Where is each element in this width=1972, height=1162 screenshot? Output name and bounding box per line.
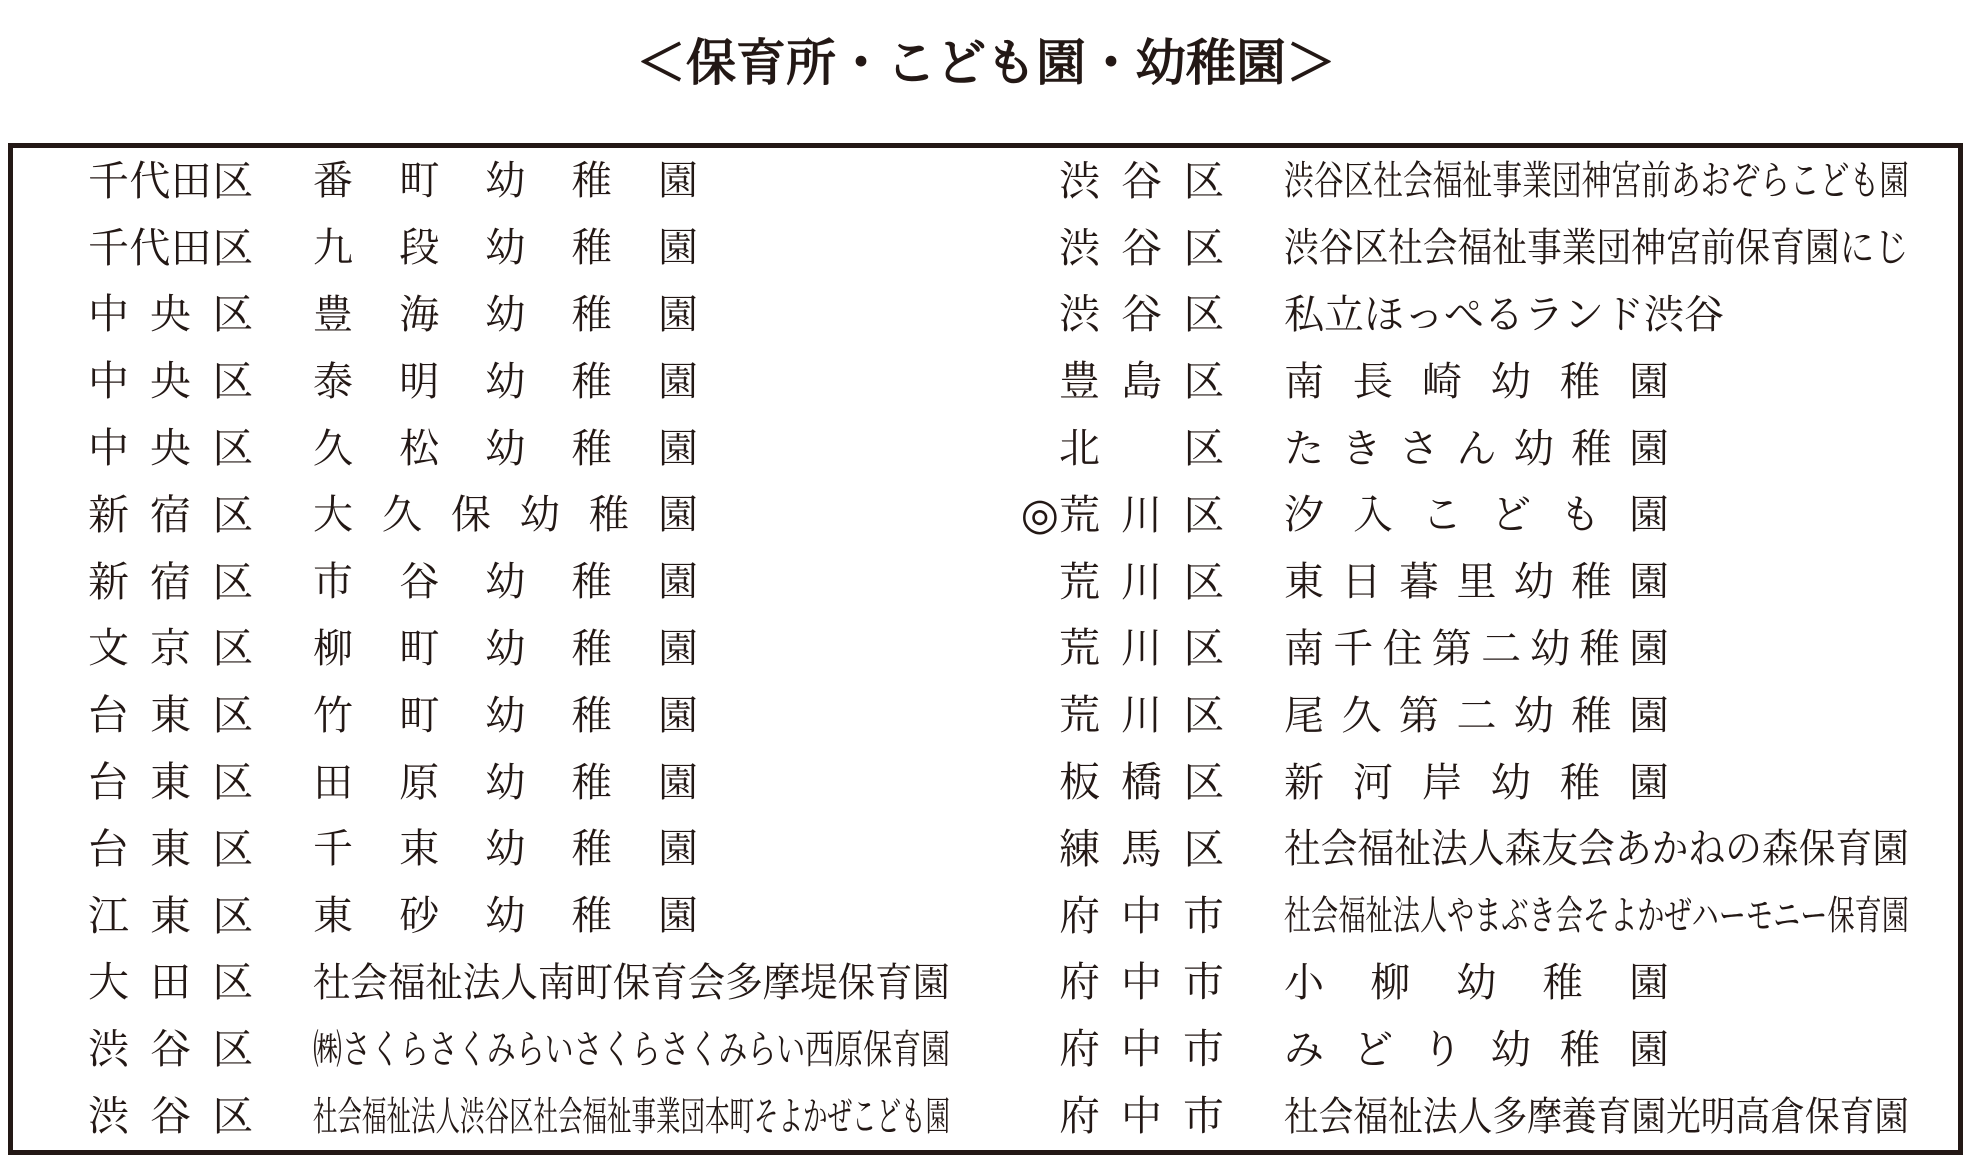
district-cell: 中央区 xyxy=(88,292,253,337)
facility-row: 新宿区大久保幼稚園 xyxy=(13,482,984,549)
facility-row: 渋谷区社会福祉法人渋谷区社会福祉事業団本町そよかぜこども園 xyxy=(13,1083,984,1150)
facility-name-cell: 私立ほっぺるランド渋谷 xyxy=(1284,293,1724,337)
district-cell: 中央区 xyxy=(88,359,253,404)
designation-marker: ◎ xyxy=(984,493,1059,537)
facility-name-cell: 番町幼稚園 xyxy=(313,159,698,203)
facility-name-cell: 社会福祉法人南町保育会多摩堤保育園 xyxy=(313,961,950,1005)
document-page: ＜保育所・こども園・幼稚園＞ 千代田区番町幼稚園 千代田区九段幼稚園 中央区豊海… xyxy=(0,0,1972,1162)
facility-row: 北区たきさん幼稚園 xyxy=(984,415,1972,482)
district-cell: 府中市 xyxy=(1059,1027,1224,1072)
facility-row: ◎荒川区汐入こども園 xyxy=(984,482,1972,549)
facility-row: 新宿区市谷幼稚園 xyxy=(13,549,984,616)
facility-row: 千代田区番町幼稚園 xyxy=(13,148,984,215)
district-cell: 新宿区 xyxy=(88,560,253,605)
district-cell: 豊島区 xyxy=(1059,359,1224,404)
facility-row: 千代田区九段幼稚園 xyxy=(13,215,984,282)
facility-row: 渋谷区㈱さくらさくみらいさくらさくみらい西原保育園 xyxy=(13,1016,984,1083)
district-cell: 千代田区 xyxy=(88,159,253,204)
district-cell: 大田区 xyxy=(88,960,253,1005)
facility-row: 板橋区新河岸幼稚園 xyxy=(984,749,1972,816)
facility-name-cell: 東砂幼稚園 xyxy=(313,894,698,938)
facility-name-cell: 泰明幼稚園 xyxy=(313,360,698,404)
facility-row: 江東区東砂幼稚園 xyxy=(13,883,984,950)
district-cell: 府中市 xyxy=(1059,894,1224,939)
facility-name-cell: 小柳幼稚園 xyxy=(1284,961,1669,1005)
district-cell: 文京区 xyxy=(88,626,253,671)
facility-row: 荒川区尾久第二幼稚園 xyxy=(984,682,1972,749)
facility-name-cell: 竹町幼稚園 xyxy=(313,694,698,738)
facility-name-cell: 新河岸幼稚園 xyxy=(1284,761,1669,805)
district-cell: 府中市 xyxy=(1059,1094,1224,1139)
facility-row: 文京区柳町幼稚園 xyxy=(13,616,984,683)
facility-name-cell: 社会福祉法人やまぶき会そよかぜハーモニー保育園 xyxy=(1284,894,1909,938)
district-cell: 台東区 xyxy=(88,760,253,805)
district-cell: 荒川区 xyxy=(1059,560,1224,605)
facility-row: 豊島区南長崎幼稚園 xyxy=(984,348,1972,415)
facility-name-cell: 尾久第二幼稚園 xyxy=(1284,694,1669,738)
district-cell: 渋谷区 xyxy=(88,1027,253,1072)
facility-row: 渋谷区渋谷区社会福祉事業団神宮前保育園にじ xyxy=(984,215,1972,282)
facility-name-cell: 大久保幼稚園 xyxy=(313,493,698,537)
district-cell: 江東区 xyxy=(88,894,253,939)
facility-name-cell: 豊海幼稚園 xyxy=(313,293,698,337)
district-cell: 渋谷区 xyxy=(1059,226,1224,271)
facility-row: 府中市社会福祉法人多摩養育園光明高倉保育園 xyxy=(984,1083,1972,1150)
district-cell: 渋谷区 xyxy=(1059,159,1224,204)
facility-row: 府中市社会福祉法人やまぶき会そよかぜハーモニー保育園 xyxy=(984,883,1972,950)
facility-name-cell: たきさん幼稚園 xyxy=(1284,427,1669,471)
facility-name-cell: 市谷幼稚園 xyxy=(313,560,698,604)
district-cell: 府中市 xyxy=(1059,960,1224,1005)
facility-name-cell: 社会福祉法人森友会あかねの森保育園 xyxy=(1284,827,1909,871)
facility-name-cell: 社会福祉法人渋谷区社会福祉事業団本町そよかぜこども園 xyxy=(313,1095,950,1139)
facility-name-cell: 久松幼稚園 xyxy=(313,427,698,471)
district-cell: 荒川区 xyxy=(1059,693,1224,738)
facility-name-cell: 汐入こども園 xyxy=(1284,493,1669,537)
facility-name-cell: みどり幼稚園 xyxy=(1284,1028,1669,1072)
facility-name-cell: ㈱さくらさくみらいさくらさくみらい西原保育園 xyxy=(313,1028,950,1072)
facility-name-cell: 九段幼稚園 xyxy=(313,226,698,270)
district-cell: 中央区 xyxy=(88,426,253,471)
facility-name-cell: 南千住第二幼稚園 xyxy=(1284,627,1669,671)
facility-row: 府中市小柳幼稚園 xyxy=(984,950,1972,1017)
district-cell: 千代田区 xyxy=(88,226,253,271)
district-cell: 荒川区 xyxy=(1059,493,1224,538)
district-cell: 練馬区 xyxy=(1059,827,1224,872)
district-cell: 北区 xyxy=(1059,426,1224,471)
facility-row: 台東区田原幼稚園 xyxy=(13,749,984,816)
facility-name-cell: 南長崎幼稚園 xyxy=(1284,360,1669,404)
facility-row: 渋谷区渋谷区社会福祉事業団神宮前あおぞらこども園 xyxy=(984,148,1972,215)
facility-row: 中央区久松幼稚園 xyxy=(13,415,984,482)
table-column-right: 渋谷区渋谷区社会福祉事業団神宮前あおぞらこども園 渋谷区渋谷区社会福祉事業団神宮… xyxy=(984,148,1972,1150)
district-cell: 台東区 xyxy=(88,693,253,738)
facility-name-cell: 柳町幼稚園 xyxy=(313,627,698,671)
facility-name-cell: 田原幼稚園 xyxy=(313,761,698,805)
facility-name-cell: 渋谷区社会福祉事業団神宮前あおぞらこども園 xyxy=(1284,159,1909,203)
facility-row: 大田区社会福祉法人南町保育会多摩堤保育園 xyxy=(13,950,984,1017)
table-column-left: 千代田区番町幼稚園 千代田区九段幼稚園 中央区豊海幼稚園 中央区泰明幼稚園 中央… xyxy=(13,148,984,1150)
facility-name-cell: 社会福祉法人多摩養育園光明高倉保育園 xyxy=(1284,1095,1909,1139)
facility-row: 中央区豊海幼稚園 xyxy=(13,282,984,349)
district-cell: 板橋区 xyxy=(1059,760,1224,805)
facility-name-cell: 千束幼稚園 xyxy=(313,827,698,871)
district-cell: 渋谷区 xyxy=(1059,292,1224,337)
page-title: ＜保育所・こども園・幼稚園＞ xyxy=(0,36,1972,91)
district-cell: 荒川区 xyxy=(1059,626,1224,671)
facility-row: 荒川区東日暮里幼稚園 xyxy=(984,549,1972,616)
district-cell: 台東区 xyxy=(88,827,253,872)
facility-name-cell: 東日暮里幼稚園 xyxy=(1284,560,1669,604)
facility-row: 台東区千束幼稚園 xyxy=(13,816,984,883)
facility-name-cell: 渋谷区社会福祉事業団神宮前保育園にじ xyxy=(1284,226,1909,270)
facility-table: 千代田区番町幼稚園 千代田区九段幼稚園 中央区豊海幼稚園 中央区泰明幼稚園 中央… xyxy=(8,143,1963,1155)
facility-row: 府中市みどり幼稚園 xyxy=(984,1016,1972,1083)
facility-row: 渋谷区私立ほっぺるランド渋谷 xyxy=(984,282,1972,349)
facility-row: 台東区竹町幼稚園 xyxy=(13,682,984,749)
district-cell: 新宿区 xyxy=(88,493,253,538)
facility-row: 荒川区南千住第二幼稚園 xyxy=(984,616,1972,683)
facility-row: 中央区泰明幼稚園 xyxy=(13,348,984,415)
district-cell: 渋谷区 xyxy=(88,1094,253,1139)
facility-row: 練馬区社会福祉法人森友会あかねの森保育園 xyxy=(984,816,1972,883)
